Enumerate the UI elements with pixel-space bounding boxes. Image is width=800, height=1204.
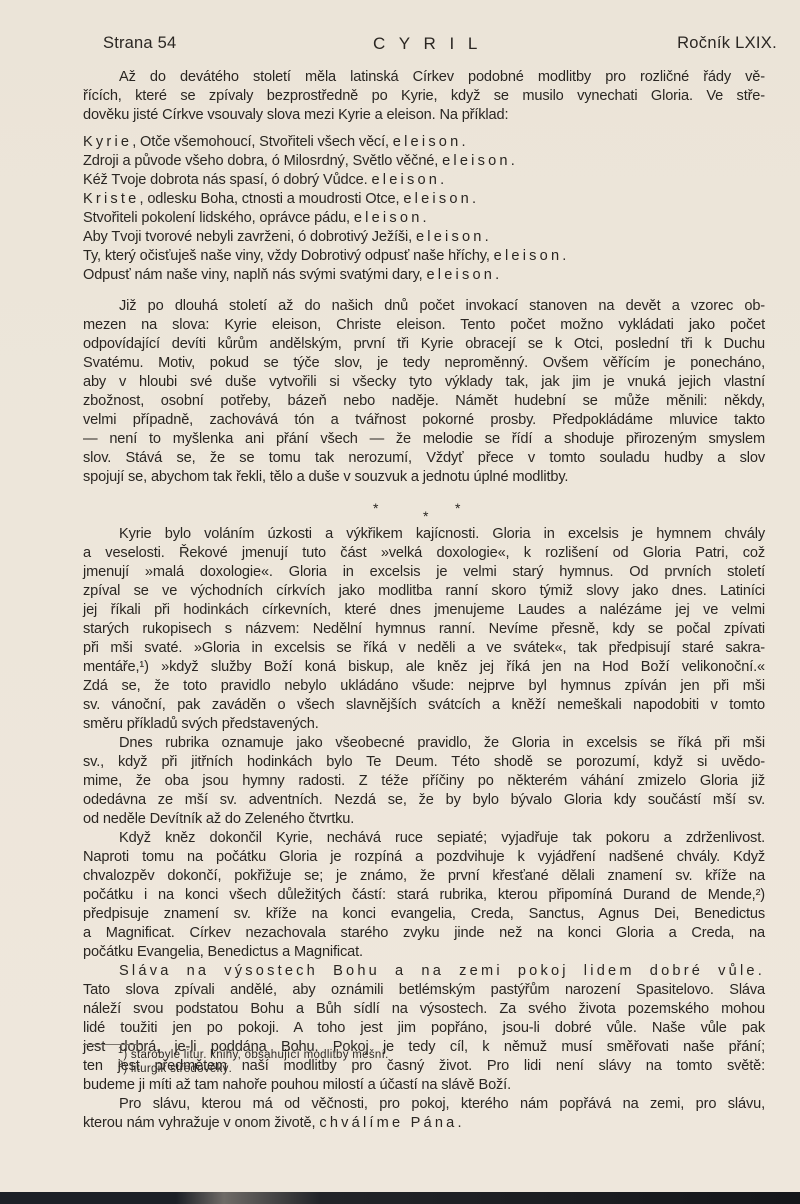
litany-response: eleison. xyxy=(393,134,469,150)
text-line: — není to myšlenka ani přání všech — že … xyxy=(83,430,765,449)
litany-response: eleison. xyxy=(416,229,492,245)
paragraph-gestures: Když kněz dokončil Kyrie, nechává ruce s… xyxy=(83,829,765,962)
text-line: Tato slova zpívali andělé, aby oznámili … xyxy=(83,981,765,1000)
text-line: sv., když při jitřních hodinkách bylo Te… xyxy=(83,753,765,772)
litany-text: Kéž Tvoje dobrota nás spasí, ó dobrý Vůd… xyxy=(83,172,371,188)
paragraph-gloria-history: Kyrie bylo voláním úzkosti a výkřikem ka… xyxy=(83,525,765,734)
journal-title: C Y R I L xyxy=(373,34,482,54)
text-line: při mši svaté. »Gloria in excelsis se ří… xyxy=(83,639,765,658)
litany-line: Odpusť nám naše viny, naplň nás svými sv… xyxy=(83,266,765,285)
litany-invocation: Kyrie xyxy=(83,134,132,150)
text-line: Naproti tomu na počátku Gloria je rozpín… xyxy=(83,848,765,867)
page-number: Strana 54 xyxy=(103,34,176,53)
litany-line: Kyrie, Otče všemohoucí, Stvořiteli všech… xyxy=(83,133,765,152)
litany-text: Ty, který očisťuješ naše viny, vždy Dobr… xyxy=(83,248,494,264)
text-line: náleží svou podstatou Bohu a Bůh sídlí n… xyxy=(83,1000,765,1019)
litany-line: Ty, který očisťuješ naše viny, vždy Dobr… xyxy=(83,247,765,266)
text-line: velmi případně, zachovává tón a tvářnost… xyxy=(83,411,765,430)
text-line: zpíval se ve východních církvích jako mo… xyxy=(83,582,765,601)
text-line: aby v hloubi své duše vytvořili si všeck… xyxy=(83,373,765,392)
litany-response: eleison. xyxy=(354,210,430,226)
text-line: počátku Evangelia, Benedictus a Magnific… xyxy=(83,943,765,962)
text-line: mime, že oba jsou hymny radosti. Z téže … xyxy=(83,772,765,791)
volume-label: Ročník LXIX. xyxy=(677,34,777,53)
text-line: spojují se, abychom tak řekli, tělo a du… xyxy=(83,468,765,487)
asterisk-icon: * xyxy=(423,507,428,526)
intro-paragraph: Až do devátého století měla latinská Cír… xyxy=(83,68,765,125)
text-line: řících, které se zpívaly bezprostředně p… xyxy=(83,87,765,106)
footnote-divider xyxy=(83,1044,141,1045)
litany-text: , odlesku Boha, ctnosti a moudrosti Otce… xyxy=(140,191,404,207)
text-line: odedávna ze mší sv. adventních. Nezdá se… xyxy=(83,791,765,810)
text-line: Pro slávu, kterou má od věčnosti, pro po… xyxy=(83,1095,765,1114)
text-line: Zdá se, že toto pravidlo nebylo ukládáno… xyxy=(83,677,765,696)
text-line: směru příkladů svých představených. xyxy=(83,715,765,734)
paragraph-closing: Pro slávu, kterou má od věčnosti, pro po… xyxy=(83,1095,765,1133)
litany-response: eleison. xyxy=(494,248,570,264)
text-line: zbožnost, osobní potřeby, bázeň nebo nad… xyxy=(83,392,765,411)
text-line: jej říkali při hodinkách církevních, kte… xyxy=(83,601,765,620)
text-line: starých rukopisech s názvem: Nedělní hym… xyxy=(83,620,765,639)
scanned-page: Strana 54 C Y R I L Ročník LXIX. Až do d… xyxy=(0,0,800,1192)
section-separator: * * * xyxy=(83,491,765,525)
text-line: mezen na slova: Kyrie eleison, Christe e… xyxy=(83,316,765,335)
litany-invocation: Kriste xyxy=(83,191,140,207)
litany-line: Kéž Tvoje dobrota nás spasí, ó dobrý Vůd… xyxy=(83,171,765,190)
text-line: lidé toužiti jen po pokoji. A toho jest … xyxy=(83,1019,765,1038)
text-line: Když kněz dokončil Kyrie, nechává ruce s… xyxy=(83,829,765,848)
gloria-incipit: Sláva na výsostech Bohu a na zemi pokoj … xyxy=(83,962,765,981)
footnote-text: ) liturgik středověký. xyxy=(123,1063,232,1075)
text-line: Až do devátého století měla latinská Cír… xyxy=(83,68,765,87)
text-line: od neděle Devítník až do Zeleného čtvrtk… xyxy=(83,810,765,829)
text-line: předpisuje znamení sv. kříže na konci ev… xyxy=(83,905,765,924)
text-line: Svatému. Motiv, pokud se týče slov, je t… xyxy=(83,354,765,373)
closing-spaced-phrase: chválíme Pána. xyxy=(319,1115,464,1131)
text-line: slov. Stává se, že se tomu tak nerozumí,… xyxy=(83,449,765,468)
litany-line: Aby Tvoji tvorové nebyli zavrženi, ó dob… xyxy=(83,228,765,247)
asterisk-icon: * xyxy=(373,499,378,518)
litany-text: Zdroji a původe všeho dobra, ó Milosrdný… xyxy=(83,153,442,169)
asterisk-icon: * xyxy=(455,499,460,518)
text-line: Kyrie bylo voláním úzkosti a výkřikem ka… xyxy=(83,525,765,544)
litany-text: Odpusť nám naše viny, naplň nás svými sv… xyxy=(83,267,426,283)
litany-response: eleison. xyxy=(403,191,479,207)
text-line: mentáře,¹) »když služby Boží koná biskup… xyxy=(83,658,765,677)
paragraph-rubric: Dnes rubrika oznamuje jako všeobecné pra… xyxy=(83,734,765,829)
running-header: Strana 54 C Y R I L Ročník LXIX. xyxy=(103,34,777,56)
text-line: počátku i na konci všech důležitých část… xyxy=(83,886,765,905)
litany-response: eleison. xyxy=(442,153,518,169)
footnotes: 1) starobylé litur. knihy, obsahující mo… xyxy=(118,1048,389,1076)
text-line: budeme ji míti až tam nahoře pouhou milo… xyxy=(83,1076,765,1095)
litany-line: Kriste, odlesku Boha, ctnosti a moudrost… xyxy=(83,190,765,209)
scan-edge-shadow xyxy=(0,1192,800,1204)
litany-text: Aby Tvoji tvorové nebyli zavrženi, ó dob… xyxy=(83,229,416,245)
text-line: a veselosti. Řekové jmenují tuto část »v… xyxy=(83,544,765,563)
footnote-text: ) starobylé litur. knihy, obsahující mod… xyxy=(123,1049,388,1061)
text-line: odpovídající devíti kůrům andělským, prv… xyxy=(83,335,765,354)
litany-line: Zdroji a původe všeho dobra, ó Milosrdný… xyxy=(83,152,765,171)
litany-text: Stvořiteli pokolení lidského, oprávce pá… xyxy=(83,210,354,226)
litany-line: Stvořiteli pokolení lidského, oprávce pá… xyxy=(83,209,765,228)
text-line: jmenují »malá doxologie«. Gloria in exce… xyxy=(83,563,765,582)
text-line: sv. vánoční, pak zaváděn o všech slavněj… xyxy=(83,696,765,715)
text-fragment: kterou nám vyhražuje v onom životě, xyxy=(83,1115,319,1131)
footnote-1: 1) starobylé litur. knihy, obsahující mo… xyxy=(118,1048,389,1062)
article-body: Až do devátého století měla latinská Cír… xyxy=(83,68,765,1133)
text-line: chvalozpěv dokončí, pokřižuje se; je zná… xyxy=(83,867,765,886)
litany-response: eleison. xyxy=(426,267,502,283)
footnote-2: 2) liturgik středověký. xyxy=(118,1062,389,1076)
text-line: a Magnificat. Církev nezachovala starého… xyxy=(83,924,765,943)
paragraph-invocations: Již po dlouhá století až do našich dnů p… xyxy=(83,297,765,487)
text-line-closing: kterou nám vyhražuje v onom životě, chvá… xyxy=(83,1114,765,1133)
litany-response: eleison. xyxy=(371,172,447,188)
litany-text: , Otče všemohoucí, Stvořiteli všech věcí… xyxy=(132,134,393,150)
kyrie-litany: Kyrie, Otče všemohoucí, Stvořiteli všech… xyxy=(83,133,765,285)
text-line: Již po dlouhá století až do našich dnů p… xyxy=(83,297,765,316)
text-line: Dnes rubrika oznamuje jako všeobecné pra… xyxy=(83,734,765,753)
text-line: dověku jisté Církve vsouvaly slova mezi … xyxy=(83,106,765,125)
